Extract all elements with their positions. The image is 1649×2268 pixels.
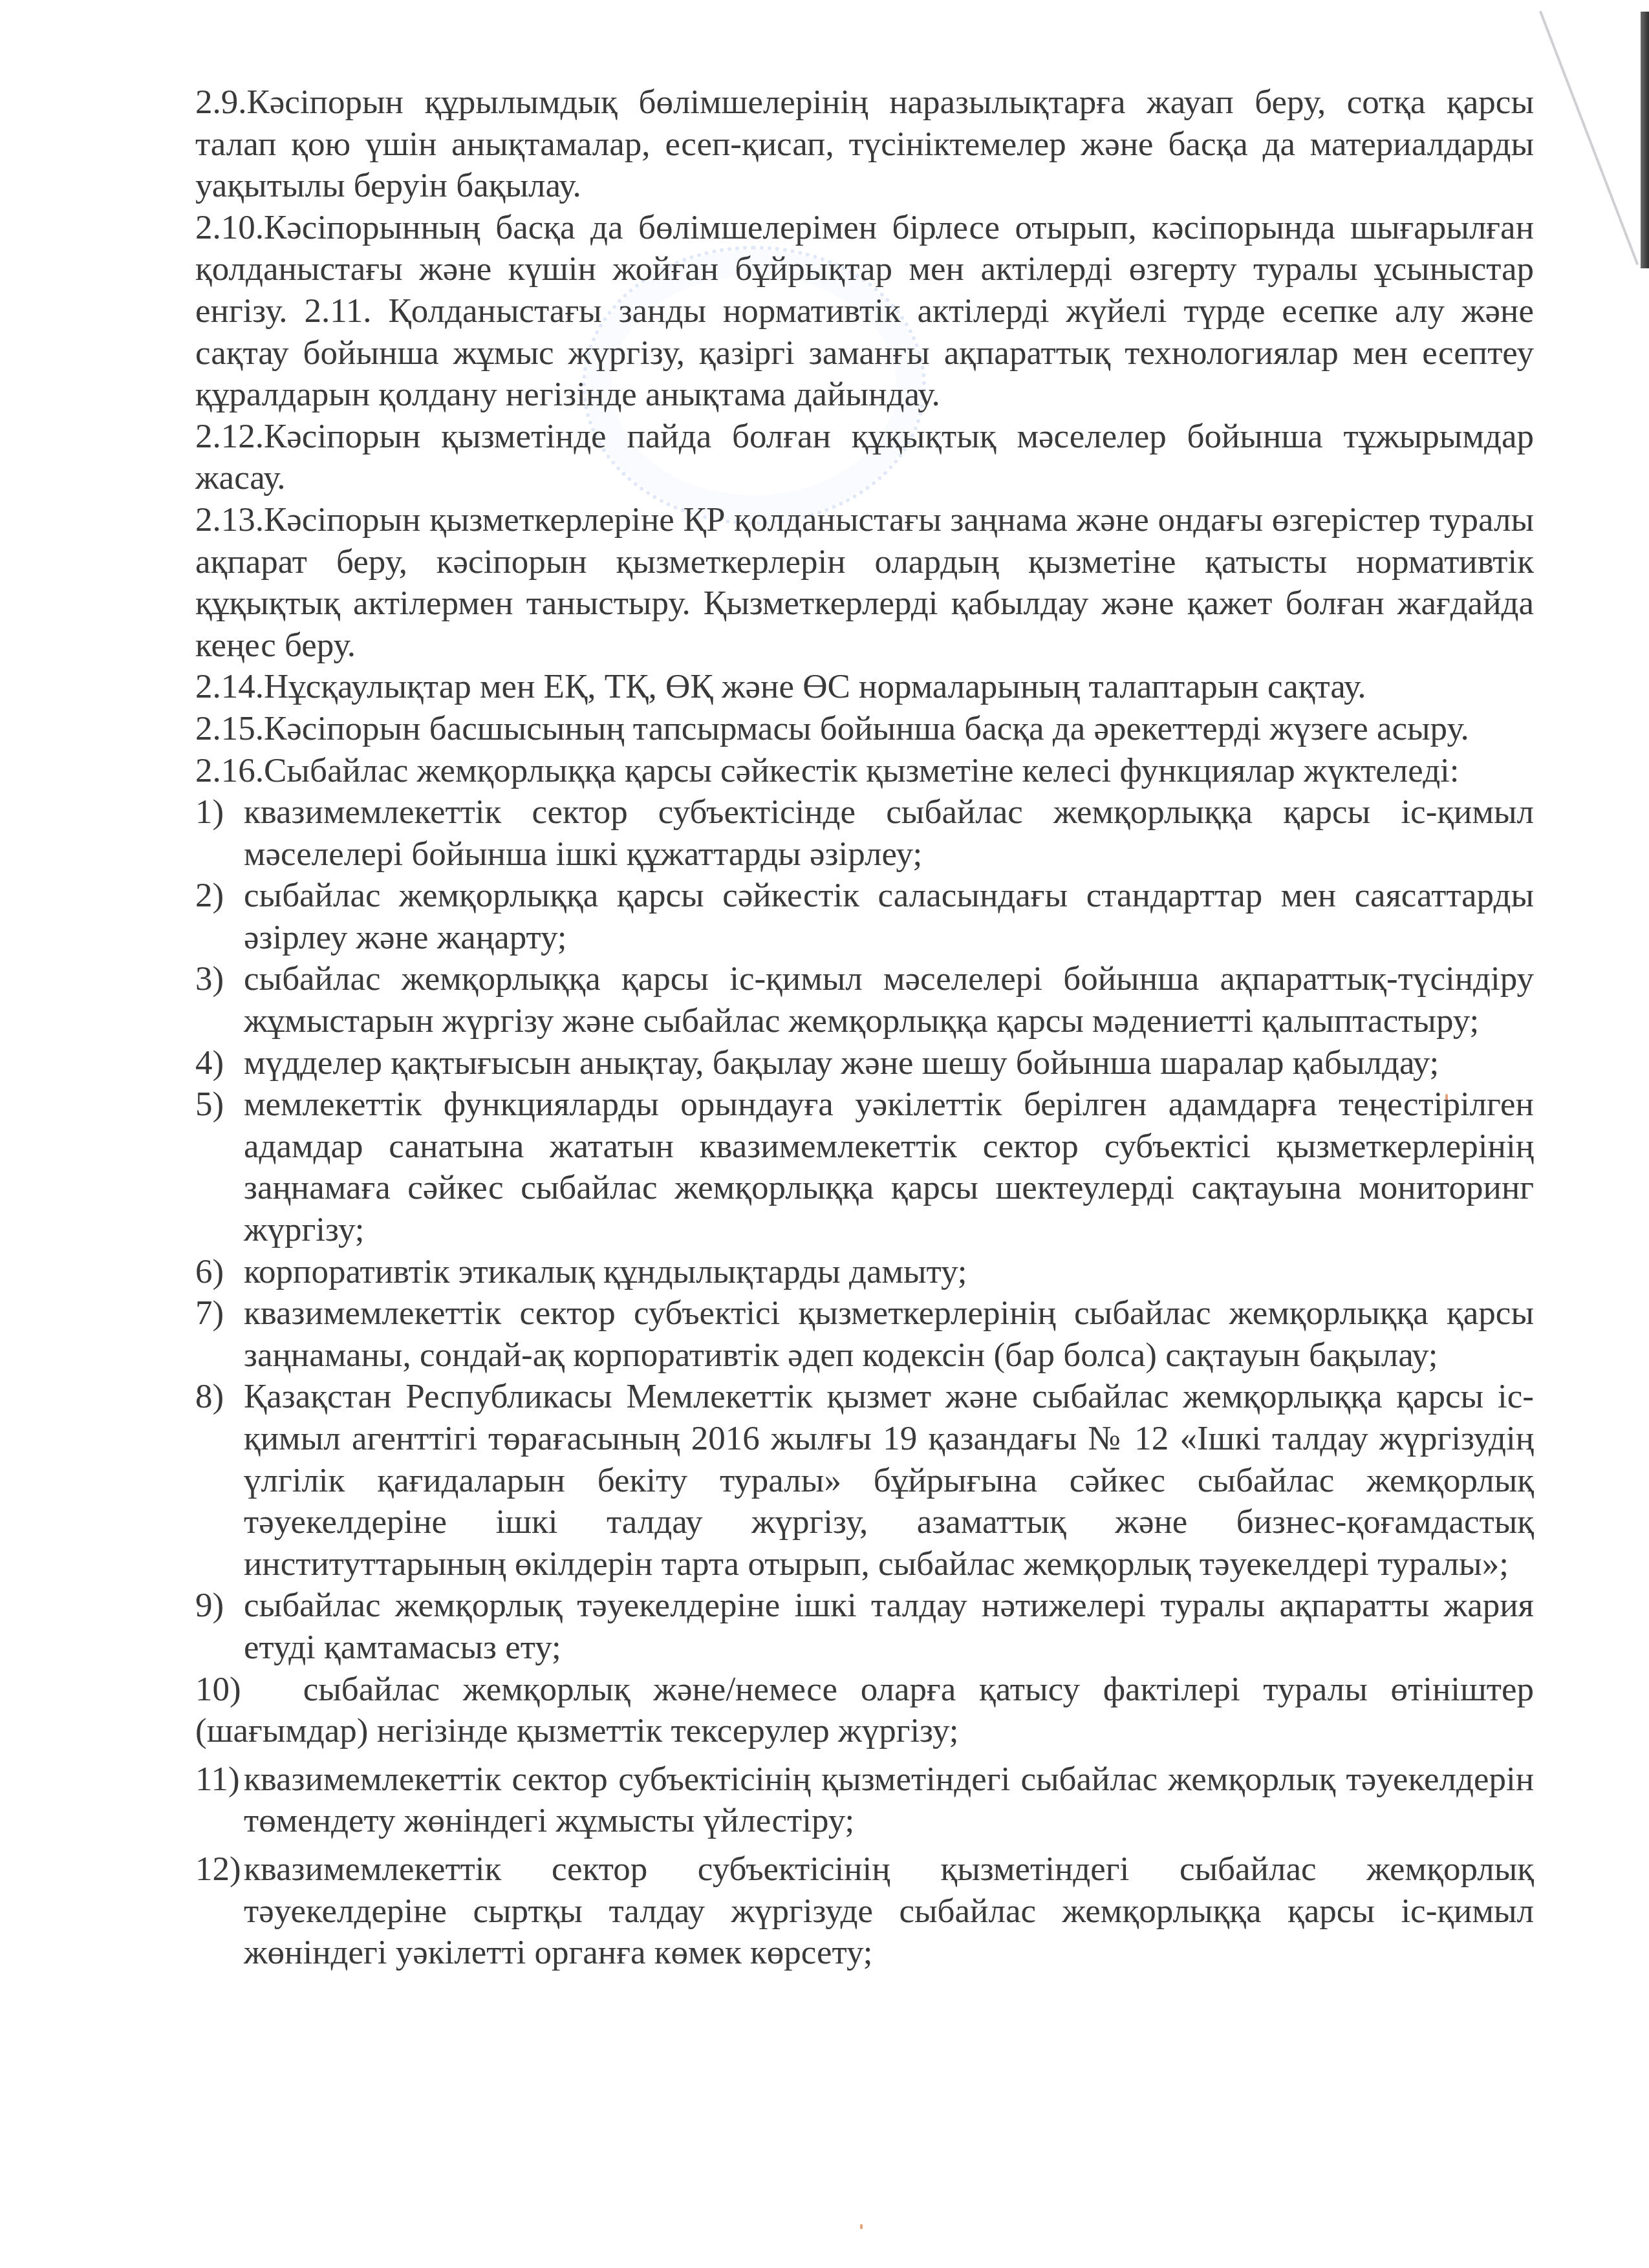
list-number: 4) <box>195 1042 224 1084</box>
list-number: 6) <box>195 1251 224 1293</box>
functions-list: 1) квазимемлекеттік сектор субъектісінде… <box>195 791 1534 1974</box>
list-item: 10)сыбайлас жемқорлық және/немесе оларға… <box>195 1669 1534 1752</box>
paragraph-2-10: 2.10.Кәсіпорынның басқа да бөлімшелеріме… <box>195 207 1534 416</box>
list-item-text: сыбайлас жемқорлық тәуекелдеріне ішкі та… <box>244 1587 1534 1666</box>
list-item-text: сыбайлас жемқорлық және/немесе оларға қа… <box>195 1671 1534 1750</box>
list-item: 9) сыбайлас жемқорлық тәуекелдеріне ішкі… <box>195 1585 1534 1668</box>
list-item-text: Қазақстан Республикасы Мемлекеттік қызме… <box>244 1378 1534 1582</box>
list-item: 3) сыбайлас жемқорлыққа қарсы іс-қимыл м… <box>195 958 1534 1042</box>
paragraph-2-9: 2.9.Кәсіпорын құрылымдық бөлімшелерінің … <box>195 81 1534 207</box>
list-item: 1) квазимемлекеттік сектор субъектісінде… <box>195 791 1534 875</box>
list-number: 2) <box>195 875 224 917</box>
list-item-text: корпоративтік этикалық құндылықтарды дам… <box>244 1253 967 1290</box>
list-number: 3) <box>195 958 224 1000</box>
list-item: 12) квазимемлекеттік сектор субъектісіні… <box>195 1848 1534 1974</box>
list-number: 1) <box>195 791 224 833</box>
paragraph-2-13: 2.13.Кәсіпорын қызметкерлеріне ҚР қолдан… <box>195 499 1534 666</box>
scan-edge-shadow <box>1641 12 1649 268</box>
scan-artifact-line <box>1539 11 1639 266</box>
list-item: 4) мүдделер қақтығысын анықтау, бақылау … <box>195 1042 1534 1084</box>
paragraph-2-15: 2.15.Кәсіпорын басшысының тапсырмасы бой… <box>195 708 1534 750</box>
list-item: 6) корпоративтік этикалық құндылықтарды … <box>195 1251 1534 1293</box>
document-body: 2.9.Кәсіпорын құрылымдық бөлімшелерінің … <box>195 81 1534 1974</box>
list-item: 2) сыбайлас жемқорлыққа қарсы сәйкестік … <box>195 875 1534 958</box>
list-number: 5) <box>195 1084 224 1126</box>
list-number: 12) <box>195 1848 241 1890</box>
list-number: 7) <box>195 1292 224 1334</box>
list-number: 9) <box>195 1585 224 1627</box>
paragraph-2-16: 2.16.Сыбайлас жемқорлыққа қарсы сәйкесті… <box>195 750 1534 792</box>
list-item-text: мемлекеттік функцияларды орындауға уәкіл… <box>244 1086 1534 1248</box>
list-item: 7) квазимемлекеттік сектор субъектісі қы… <box>195 1292 1534 1376</box>
list-item-text: сыбайлас жемқорлыққа қарсы іс-қимыл мәсе… <box>244 960 1534 1040</box>
list-item-text: сыбайлас жемқорлыққа қарсы сәйкестік сал… <box>244 877 1534 956</box>
list-item-text: квазимемлекеттік сектор субъектісі қызме… <box>244 1294 1534 1374</box>
list-item: 11) квазимемлекеттік сектор субъектісіні… <box>195 1759 1534 1842</box>
scan-speck <box>860 2224 863 2229</box>
list-item-text: квазимемлекеттік сектор субъектісінің қы… <box>244 1760 1534 1840</box>
paragraph-2-14: 2.14.Нұсқаулықтар мен ЕҚ, ТҚ, ӨҚ және ӨС… <box>195 666 1534 708</box>
paragraph-2-12: 2.12.Кәсіпорын қызметінде пайда болған қ… <box>195 416 1534 499</box>
list-item-text: квазимемлекеттік сектор субъектісінде сы… <box>244 793 1534 873</box>
list-item: 5) мемлекеттік функцияларды орындауға уә… <box>195 1084 1534 1250</box>
list-number: 10) <box>195 1671 303 1708</box>
list-item: 8) Қазақстан Республикасы Мемлекеттік қы… <box>195 1376 1534 1585</box>
list-item-text: квазимемлекеттік сектор субъектісінің қы… <box>244 1850 1534 1971</box>
list-number: 11) <box>195 1759 240 1801</box>
list-item-text: мүдделер қақтығысын анықтау, бақылау жән… <box>244 1044 1439 1082</box>
list-number: 8) <box>195 1376 224 1418</box>
